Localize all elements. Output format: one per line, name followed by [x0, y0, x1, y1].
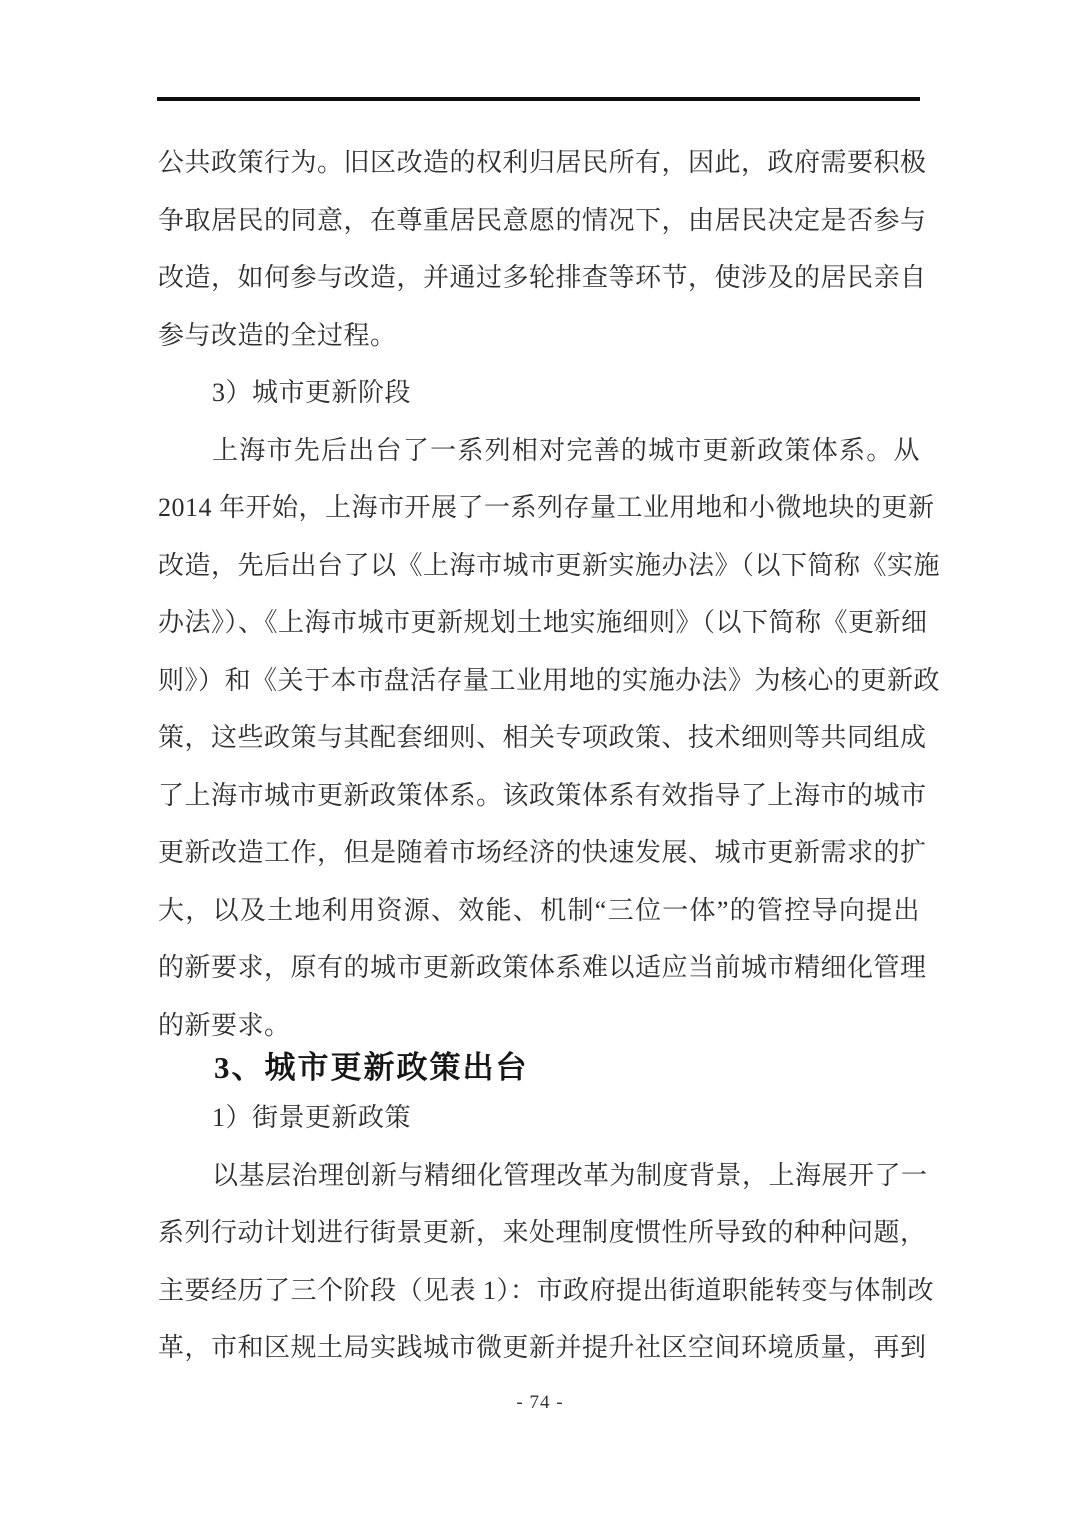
body-text-line: 则》）和《关于本市盘活存量工业用地的实施办法》为核心的更新政: [158, 652, 920, 710]
body-text-line: 改造，先后出台了以《上海市城市更新实施办法》（以下简称《实施: [158, 537, 920, 595]
body-text-line: 的新要求，原有的城市更新政策体系难以适应当前城市精细化管理: [158, 939, 920, 997]
body-text-line: 办法》）、《上海市城市更新规划土地实施细则》（以下简称《更新细: [158, 594, 920, 652]
body-text-line: 策，这些政策与其配套细则、相关专项政策、技术细则等共同组成: [158, 709, 920, 767]
body-text-line: 系列行动计划进行街景更新，来处理制度惯性所导致的种种问题，: [158, 1204, 920, 1262]
page-number: - 74 -: [0, 1392, 1080, 1414]
body-text-line: 2014 年开始，上海市开展了一系列存量工业用地和小微地块的更新: [158, 479, 920, 537]
body-text-line: 公共政策行为。旧区改造的权利归居民所有，因此，政府需要积极: [158, 134, 920, 192]
header-rule: [157, 97, 920, 101]
document-body: 公共政策行为。旧区改造的权利归居民所有，因此，政府需要积极 争取居民的同意，在尊…: [158, 134, 920, 1377]
body-text-line: 的新要求。: [158, 997, 920, 1055]
body-text-line: 主要经历了三个阶段（见表 1）：市政府提出街道职能转变与体制改: [158, 1262, 920, 1320]
subsection-label-streetscape-policy: 1）街景更新政策: [158, 1089, 920, 1147]
body-text-line: 争取居民的同意，在尊重居民意愿的情况下，由居民决定是否参与: [158, 192, 920, 250]
body-text-line: 参与改造的全过程。: [158, 307, 920, 365]
body-text-line: 革，市和区规土局实践城市微更新并提升社区空间环境质量，再到: [158, 1319, 920, 1377]
body-text-line: 了上海市城市更新政策体系。该政策体系有效指导了上海市的城市: [158, 767, 920, 825]
body-text-line: 以基层治理创新与精细化管理改革为制度背景，上海展开了一: [158, 1147, 920, 1205]
body-text-line: 改造，如何参与改造，并通过多轮排查等环节，使涉及的居民亲自: [158, 249, 920, 307]
section-heading-policy-introduction: 3、城市更新政策出台: [158, 1047, 920, 1089]
document-page: 公共政策行为。旧区改造的权利归居民所有，因此，政府需要积极 争取居民的同意，在尊…: [0, 0, 1080, 1528]
body-text-line: 更新改造工作，但是随着市场经济的快速发展、城市更新需求的扩: [158, 824, 920, 882]
subsection-label-urban-renewal-stage: 3）城市更新阶段: [158, 364, 920, 422]
body-text-line: 上海市先后出台了一系列相对完善的城市更新政策体系。从: [158, 422, 920, 480]
body-text-line: 大，以及土地利用资源、效能、机制“三位一体”的管控导向提出: [158, 882, 920, 940]
